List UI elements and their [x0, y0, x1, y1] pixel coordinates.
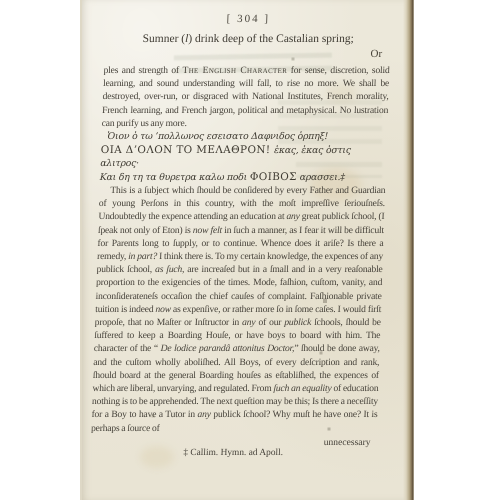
book-photo-background: [ 304 ] Sumner (l) drink deep of the Cas… — [0, 0, 500, 500]
poem-line: Sumner (l) drink deep of the Castalian s… — [104, 33, 390, 45]
page-edge — [403, 0, 414, 500]
book-page: [ 304 ] Sumner (l) drink deep of the Cas… — [80, 0, 414, 500]
page-number: [ 304 ] — [105, 13, 391, 25]
foxing-specks — [82, 0, 84, 2]
greek-quotation: Ὁιον ὁ τω ’πολλωνος εσεισατο Δαφνιδος ὁρ… — [100, 130, 388, 184]
greek-line-1: Ὁιον ὁ τω ’πολλωνος εσεισατο Δαφνιδος ὁρ… — [101, 130, 387, 144]
paragraph-publick-schools: This is a ſubject which ſhould be conſid… — [91, 184, 386, 435]
paragraph-english-character: ples and strength of The English Charact… — [101, 64, 389, 130]
footnote-citation: ‡ Callim. Hymn. ad Apoll. — [90, 448, 376, 458]
greek-line-3: Και δη τη τα θυρετρα καλω ποδι ΦΟΙΒΟΣ αρ… — [100, 171, 386, 185]
catchword-or: Or — [104, 48, 390, 60]
page-content: [ 304 ] Sumner (l) drink deep of the Cas… — [89, 0, 392, 500]
greek-line-2: ΟΙΑ Δ’ΟΛΟΝ ΤΟ ΜΕΛΑΘΡΟΝ! ἑκας, ἑκας ὁστις… — [100, 144, 387, 171]
catchword-unnecessary: unnecessary — [90, 437, 376, 448]
